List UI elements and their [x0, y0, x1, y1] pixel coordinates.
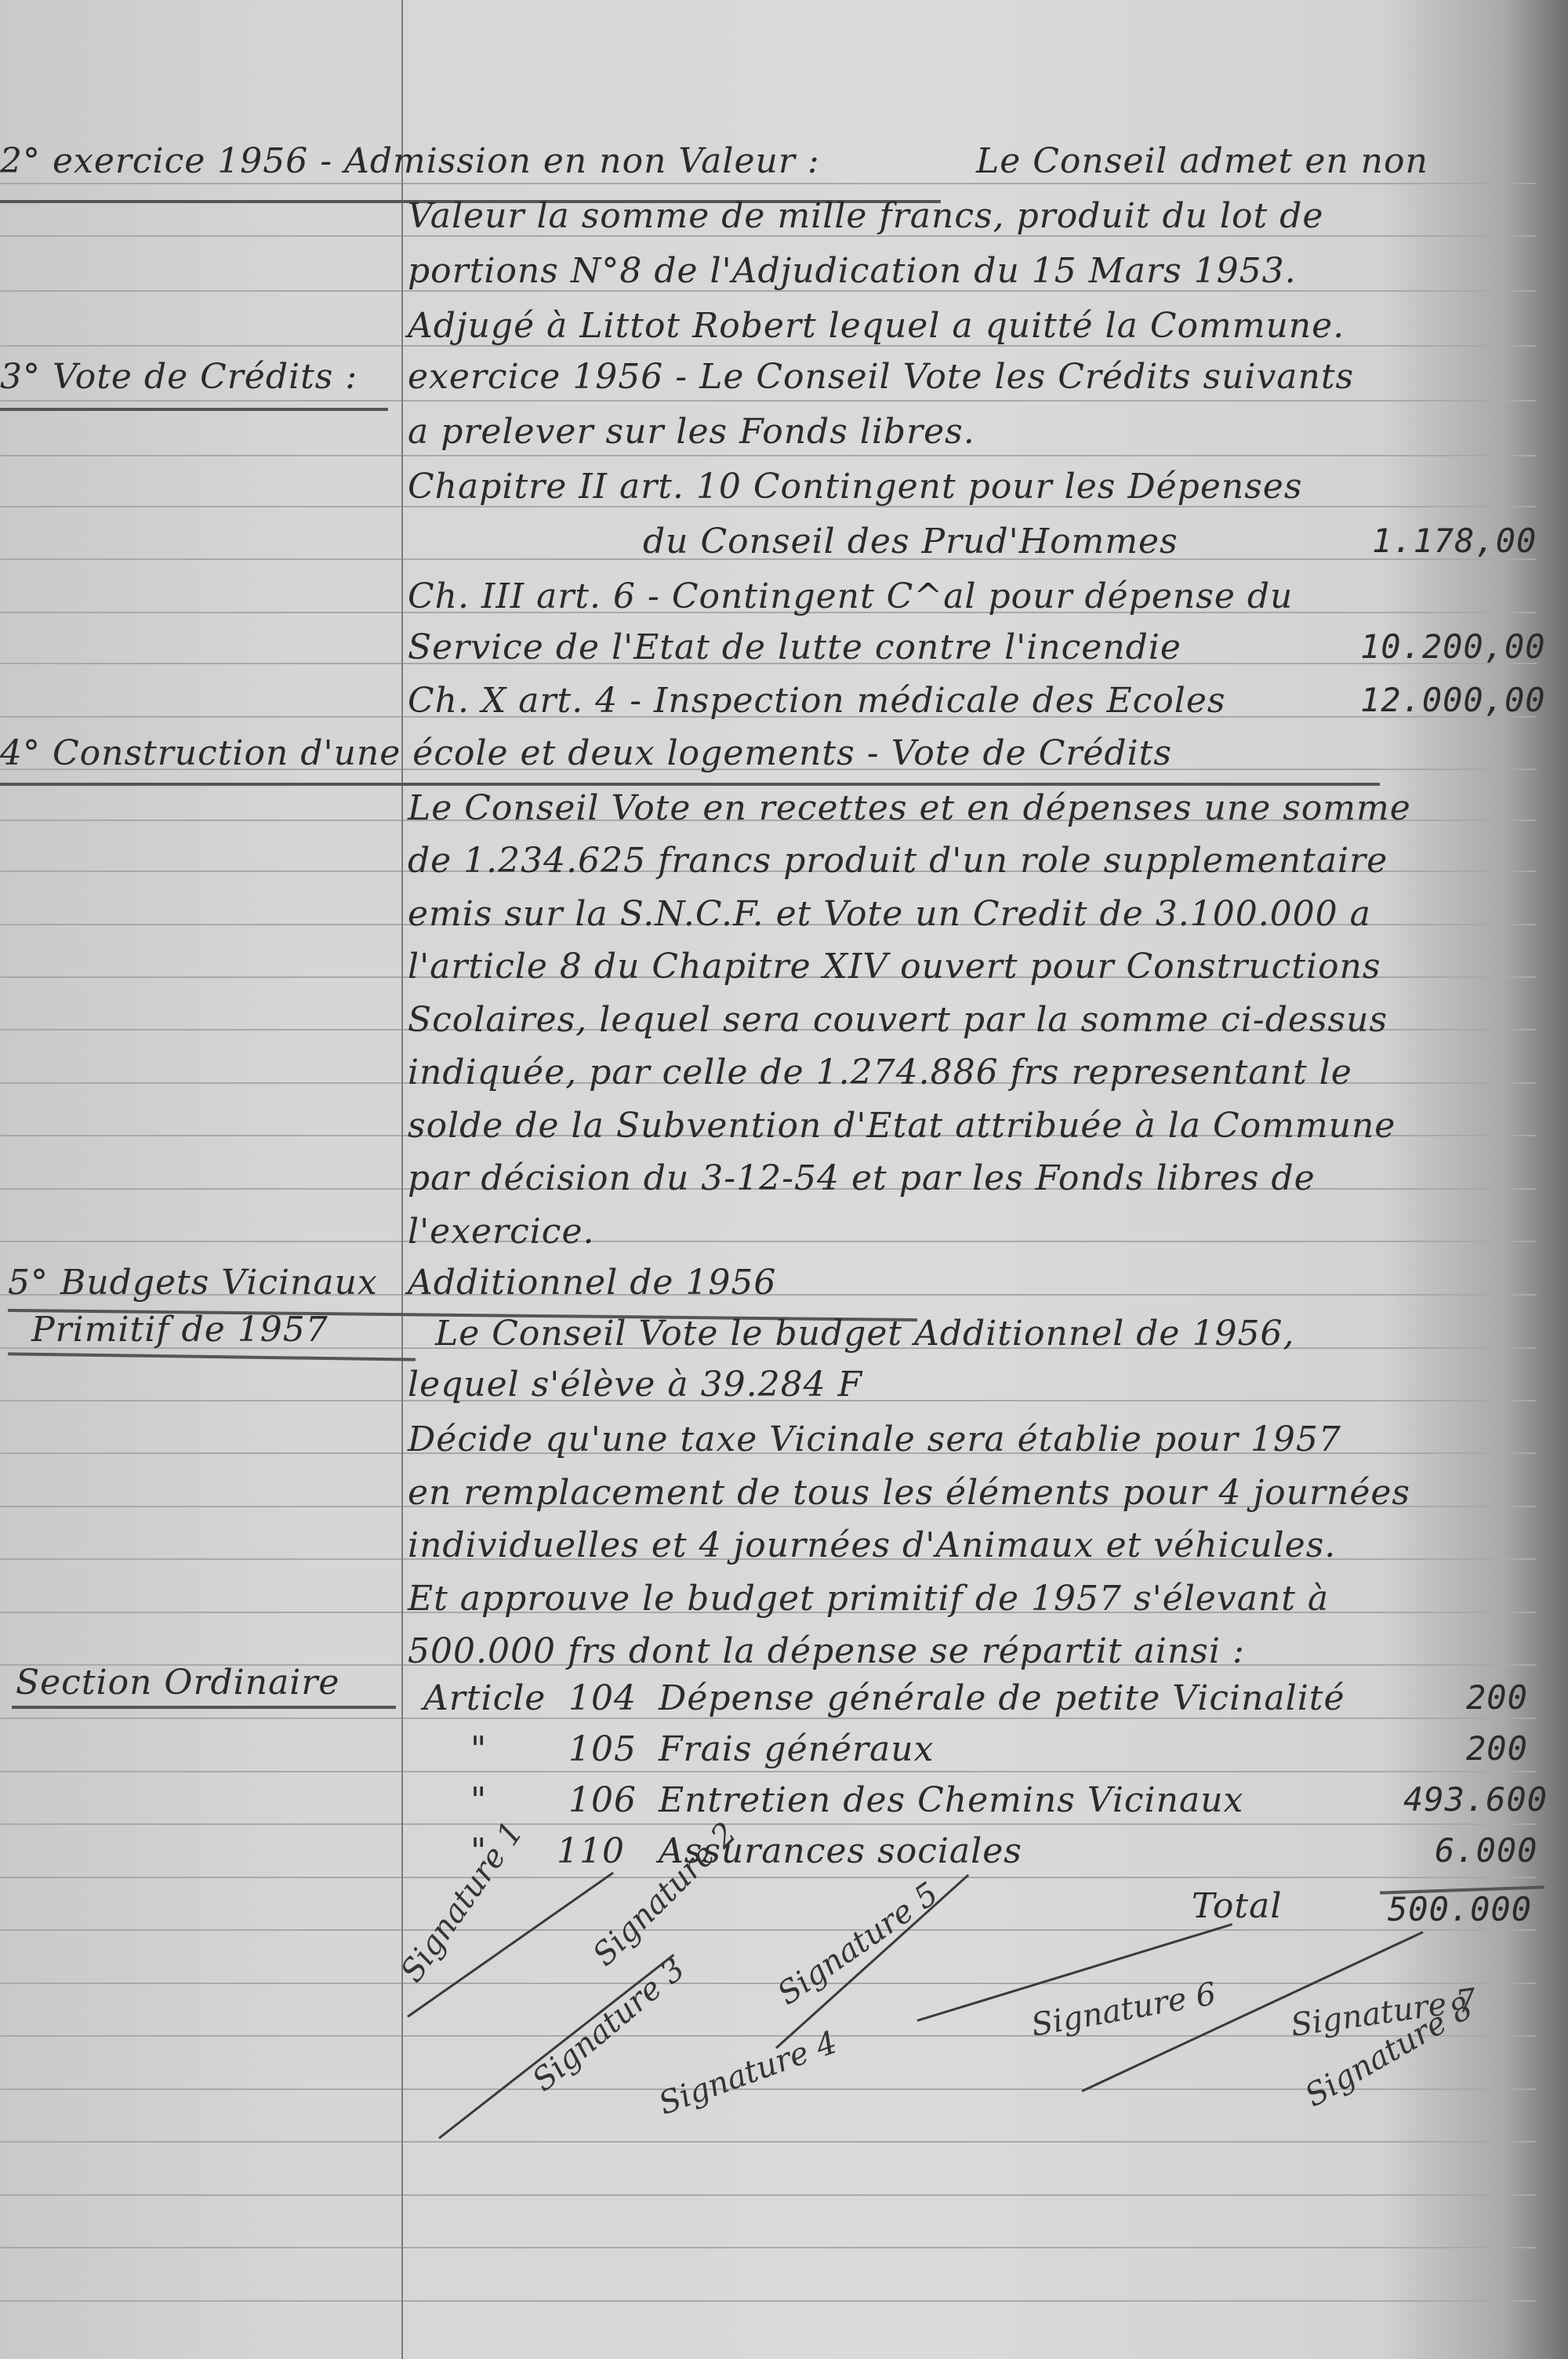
text-line: de 1.234.625 francs produit d'un role su… — [408, 841, 1388, 881]
register-page: 2° exercice 1956 - Admission en non Vale… — [0, 0, 1568, 2359]
section-ordinaire-label: Section Ordinaire — [16, 1663, 339, 1703]
credit-line: Chapitre II art. 10 Contingent pour les … — [408, 467, 1302, 507]
text-line: l'article 8 du Chapitre XIV ouvert pour … — [408, 947, 1381, 987]
credit-amount: 10.200,00 — [1360, 627, 1546, 666]
total-amount: 500.000 — [1388, 1890, 1532, 1928]
section-5-sublabel: Primitif de 1957 — [31, 1310, 328, 1350]
text-line: Le Conseil admet en non — [976, 141, 1428, 181]
article-prefix: Article — [423, 1678, 546, 1718]
article-label: Dépense générale de petite Vicinalité — [659, 1678, 1345, 1718]
signature: Signature 6 — [1029, 1976, 1219, 2044]
text-line: l'exercice. — [408, 1212, 594, 1252]
text-line: a prelever sur les Fonds libres. — [408, 412, 975, 452]
section-2-label: 2° exercice 1956 - Admission en non Vale… — [0, 141, 820, 181]
article-amount: 493.600 — [1403, 1780, 1548, 1819]
text-line: par décision du 3-12-54 et par les Fonds… — [408, 1158, 1316, 1198]
credit-line: Service de l'Etat de lutte contre l'ince… — [408, 627, 1181, 667]
signature-stroke — [438, 1954, 674, 2139]
text-line: Décide qu'une taxe Vicinale sera établie… — [408, 1419, 1341, 1459]
article-prefix: " — [470, 1729, 487, 1769]
text-line: portions N°8 de l'Adjudication du 15 Mar… — [408, 251, 1297, 291]
signature: Signature 4 — [654, 2024, 842, 2122]
article-number: 106 — [568, 1780, 637, 1820]
credit-amount: 1.178,00 — [1372, 522, 1537, 560]
text-line: Le Conseil Vote le budget Additionnel de… — [435, 1314, 1294, 1354]
text-line: Additionnel de 1956 — [408, 1263, 776, 1303]
credit-line: Ch. X art. 4 - Inspection médicale des E… — [408, 681, 1225, 721]
text-line: exercice 1956 - Le Conseil Vote les Créd… — [408, 357, 1354, 397]
text-line: individuelles et 4 journées d'Animaux et… — [408, 1525, 1336, 1565]
text-line: indiquée, par celle de 1.274.886 frs rep… — [408, 1052, 1352, 1092]
article-amount: 200 — [1466, 1678, 1528, 1717]
credit-line: Ch. III art. 6 - Contingent C^al pour dé… — [408, 576, 1293, 616]
article-amount: 200 — [1466, 1729, 1528, 1768]
signature: Signature 5 — [771, 1876, 946, 2012]
text-line: Valeur la somme de mille francs, produit… — [408, 196, 1323, 236]
text-line: en remplacement de tous les éléments pou… — [408, 1473, 1410, 1513]
article-amount: 6.000 — [1435, 1831, 1537, 1870]
signature: Signature 3 — [525, 1951, 691, 2099]
section-4-heading: 4° Construction d'une école et deux loge… — [0, 733, 1172, 773]
text-line: lequel s'élève à 39.284 F — [408, 1365, 862, 1405]
section-5-label: 5° Budgets Vicinaux — [8, 1263, 378, 1303]
text-line: solde de la Subvention d'Etat attribuée … — [408, 1106, 1396, 1146]
section-underline — [12, 1706, 396, 1709]
text-line: emis sur la S.N.C.F. et Vote un Credit d… — [408, 894, 1371, 934]
text-line: Et approuve le budget primitif de 1957 s… — [408, 1579, 1329, 1619]
total-label: Total — [1192, 1886, 1282, 1926]
text-line: Adjugé à Littot Robert lequel a quitté l… — [408, 306, 1345, 346]
credit-amount: 12.000,00 — [1360, 681, 1546, 719]
section-3-label: 3° Vote de Crédits : — [0, 357, 358, 397]
section-underline — [0, 408, 388, 411]
article-number: 105 — [568, 1729, 637, 1769]
section-underline — [8, 1352, 416, 1361]
article-label: Entretien des Chemins Vicinaux — [659, 1780, 1243, 1820]
article-label: Frais généraux — [659, 1729, 934, 1769]
text-line: Scolaires, lequel sera couvert par la so… — [408, 1000, 1388, 1040]
signature: Signature 1 — [394, 1815, 530, 1989]
credit-line: du Conseil des Prud'Hommes — [643, 522, 1178, 562]
text-line: 500.000 frs dont la dépense se répartit … — [408, 1631, 1245, 1671]
article-number: 104 — [568, 1678, 637, 1718]
article-prefix: " — [470, 1780, 487, 1820]
text-line: Le Conseil Vote en recettes et en dépens… — [408, 788, 1411, 828]
article-number: 110 — [557, 1831, 625, 1871]
section-underline — [0, 783, 1380, 786]
margin-line — [401, 0, 403, 2359]
